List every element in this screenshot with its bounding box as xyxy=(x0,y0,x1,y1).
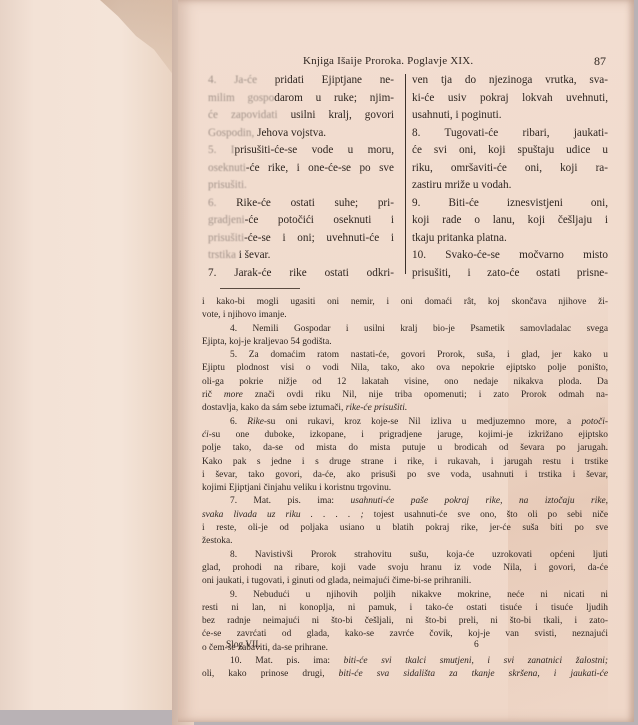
footnote-separator xyxy=(220,288,300,289)
footnote-line: 8. Navistivši Prorok strahovitu sušu, ko… xyxy=(202,549,608,562)
main-text-columns: 4. Ja-će pridati Ejiptjane ne-milim gosp… xyxy=(208,72,608,277)
footnote-line: vote, i njihovo imanje. xyxy=(202,309,608,322)
verse-line: milim gospodarom u ruke; njim- xyxy=(208,90,394,108)
printer-signature: Slog VII. xyxy=(226,640,261,650)
footnote-line: 5. Za domaćim ratom nastati-će, govori P… xyxy=(202,349,608,362)
faded-text: 5. I xyxy=(208,144,234,156)
footnote-line: Ejiptu plodnost visi o vodi Nila, tako, … xyxy=(202,362,608,375)
footnote-line: 9. Nebudući u njihovih poljih nikakve mo… xyxy=(202,589,608,602)
footnote-line: i kako-bi mogli ugasiti oni nemir, i oni… xyxy=(202,296,608,309)
verse-line: ki-će usiv pokraj lokvah uvehnuti, xyxy=(412,90,608,108)
verse-line: trstika i ševar. xyxy=(208,247,394,265)
right-column: ven tja do njezinoga vrutka, sva-ki-će u… xyxy=(412,72,608,282)
footnote-line: o čem-se zabaviti, da-se prihrane. xyxy=(202,642,608,655)
sheet-number: 6 xyxy=(474,640,479,650)
footnote-line: rič more znači ovdi riku Nil, nije triba… xyxy=(202,389,608,402)
verse-line: 8. Tugovati-će ribari, jaukati- xyxy=(412,125,608,143)
verse-line: 5. Iprisušiti-će-se vode u moru, xyxy=(208,142,394,160)
verse-line: Gospodin, Jehova vojstva. xyxy=(208,125,394,143)
footnote-line: bez radnje neimajući ni što-bi češljali,… xyxy=(202,615,608,628)
faded-text: trstika xyxy=(208,249,236,261)
footnote-line: i ševar, tako govori, da-će, ako prisuši… xyxy=(202,469,608,482)
faded-text: oseknuti xyxy=(208,162,246,174)
footnote-line: glad, prohodi na ribare, koji vade svoju… xyxy=(202,562,608,575)
verse-line: riku, omršaviti-će oni, koji ra- xyxy=(412,160,608,178)
verse-line: će zapovidati usilni kralj, govori xyxy=(208,107,394,125)
faded-text: gradjeni xyxy=(208,214,245,226)
footnote-line: 4. Nemili Gospodar i usilni kralj bio-je… xyxy=(202,323,608,336)
verse-line: oseknuti-će rike, i one-će-se po sve xyxy=(208,160,394,178)
footnote-line: Kako pak s jedne i s druge strane i rike… xyxy=(202,456,608,469)
faded-text: 4. Ja-će xyxy=(208,74,257,86)
verse-line: će svi oni, koji spuštaju udice u xyxy=(412,142,608,160)
footnote-line: 6. Rike-su oni rukavi, kroz koje-se Nil … xyxy=(202,416,608,429)
footnote-line: svaka livada uz riku . . . . ; tojest us… xyxy=(202,509,608,522)
footnote-line: 7. Mat. pis. ima: usahnuti-će paše pokra… xyxy=(202,495,608,508)
faded-text: 6. xyxy=(208,197,216,209)
running-title: Knjiga Išaije Proroka. Poglavje XIX. xyxy=(303,55,473,67)
italic-quote: rike-će prisušiti. xyxy=(346,403,407,413)
column-divider xyxy=(405,74,406,274)
faded-text: Gospodin, xyxy=(208,127,254,139)
italic-quote: biti-će svi tkalci smutjeni, i svi zanat… xyxy=(344,656,608,666)
italic-quote: biti-će sva sidališta za tkanje skršena,… xyxy=(339,669,608,679)
verse-line: ven tja do njezinoga vrutka, sva- xyxy=(412,72,608,90)
footnote-line: Ejipta, koj-je kraljevao 54 godišta. xyxy=(202,336,608,349)
verse-line: 9. Biti-će iznesvistjeni oni, xyxy=(412,195,608,213)
italic-quote: ći xyxy=(202,430,209,440)
footnote-line: 10. Mat. pis. ima: biti-će svi tkalci sm… xyxy=(202,655,608,668)
verse-line: koji rade o lanu, koji češljaju i xyxy=(412,212,608,230)
footnote-line: žestoka. xyxy=(202,535,608,548)
page-number: 87 xyxy=(594,54,606,69)
verse-line: zastiru mriže u vodah. xyxy=(412,177,608,195)
left-page-leaf xyxy=(0,0,172,710)
footnote-line: polje tako, da-se od mista do mista putu… xyxy=(202,442,608,455)
verse-line: usahnuti, i poginuti. xyxy=(412,107,608,125)
faded-text: prisušiti xyxy=(208,232,244,244)
footnote-line: oli, kako prinose drugi, biti-će sva sid… xyxy=(202,668,608,681)
footnotes: i kako-bi mogli ugasiti oni nemir, i oni… xyxy=(202,296,608,682)
footnote-line: ći-su one duboke, izkopane, i prigradjen… xyxy=(202,429,608,442)
footnote-line: dostavlja, kako da sám sebe iztumači, ri… xyxy=(202,402,608,415)
footnote-line: oli-ga pokrie nižje od 12 lakatah visine… xyxy=(202,376,608,389)
footnote-line: će-se zavrćati od glada, kako-se zavrće … xyxy=(202,628,608,641)
verse-line: gradjeni-će potočići oseknuti i xyxy=(208,212,394,230)
verse-line: prisušiti. xyxy=(208,177,394,195)
footnote-line: i reste, oli-je od poljaka usiano u blat… xyxy=(202,522,608,535)
verse-line: prisušiti-će-se i oni; uvehnuti-će i xyxy=(208,230,394,248)
verse-line: 6. Rike-će ostati suhe; pri- xyxy=(208,195,394,213)
verse-line: 4. Ja-će pridati Ejiptjane ne- xyxy=(208,72,394,90)
italic-quote: more xyxy=(224,390,243,400)
verse-line: 7. Jarak-će rike ostati odkri- xyxy=(208,265,394,283)
left-column: 4. Ja-će pridati Ejiptjane ne-milim gosp… xyxy=(208,72,394,282)
italic-quote: svaka livada uz riku . . . . ; xyxy=(202,510,364,520)
book-page: Knjiga Išaije Proroka. Poglavje XIX. 87 … xyxy=(178,0,634,722)
faded-text: će zapovidati xyxy=(208,109,278,121)
italic-quote: usahnuti-će paše pokraj rike, na iztočaj… xyxy=(351,496,608,506)
footnote-line: kojimi Ejiptjani činjahu veliku i korist… xyxy=(202,482,608,495)
italic-quote: Rike xyxy=(247,417,264,427)
footnote-line: resti ni lan, ni konoplja, ni pamuk, i t… xyxy=(202,602,608,615)
faded-text: prisušiti. xyxy=(208,179,247,191)
verse-line: tkaju pritanka platna. xyxy=(412,230,608,248)
verse-line: prisušiti, i zato-će ostati prisne- xyxy=(412,265,608,283)
italic-quote: potoči- xyxy=(581,417,608,427)
footnote-line: oni jaukati, i tugovati, i ginuti od gla… xyxy=(202,575,608,588)
verse-line: 10. Svako-će-se močvarno misto xyxy=(412,247,608,265)
faded-text: milim gospo xyxy=(208,92,274,104)
